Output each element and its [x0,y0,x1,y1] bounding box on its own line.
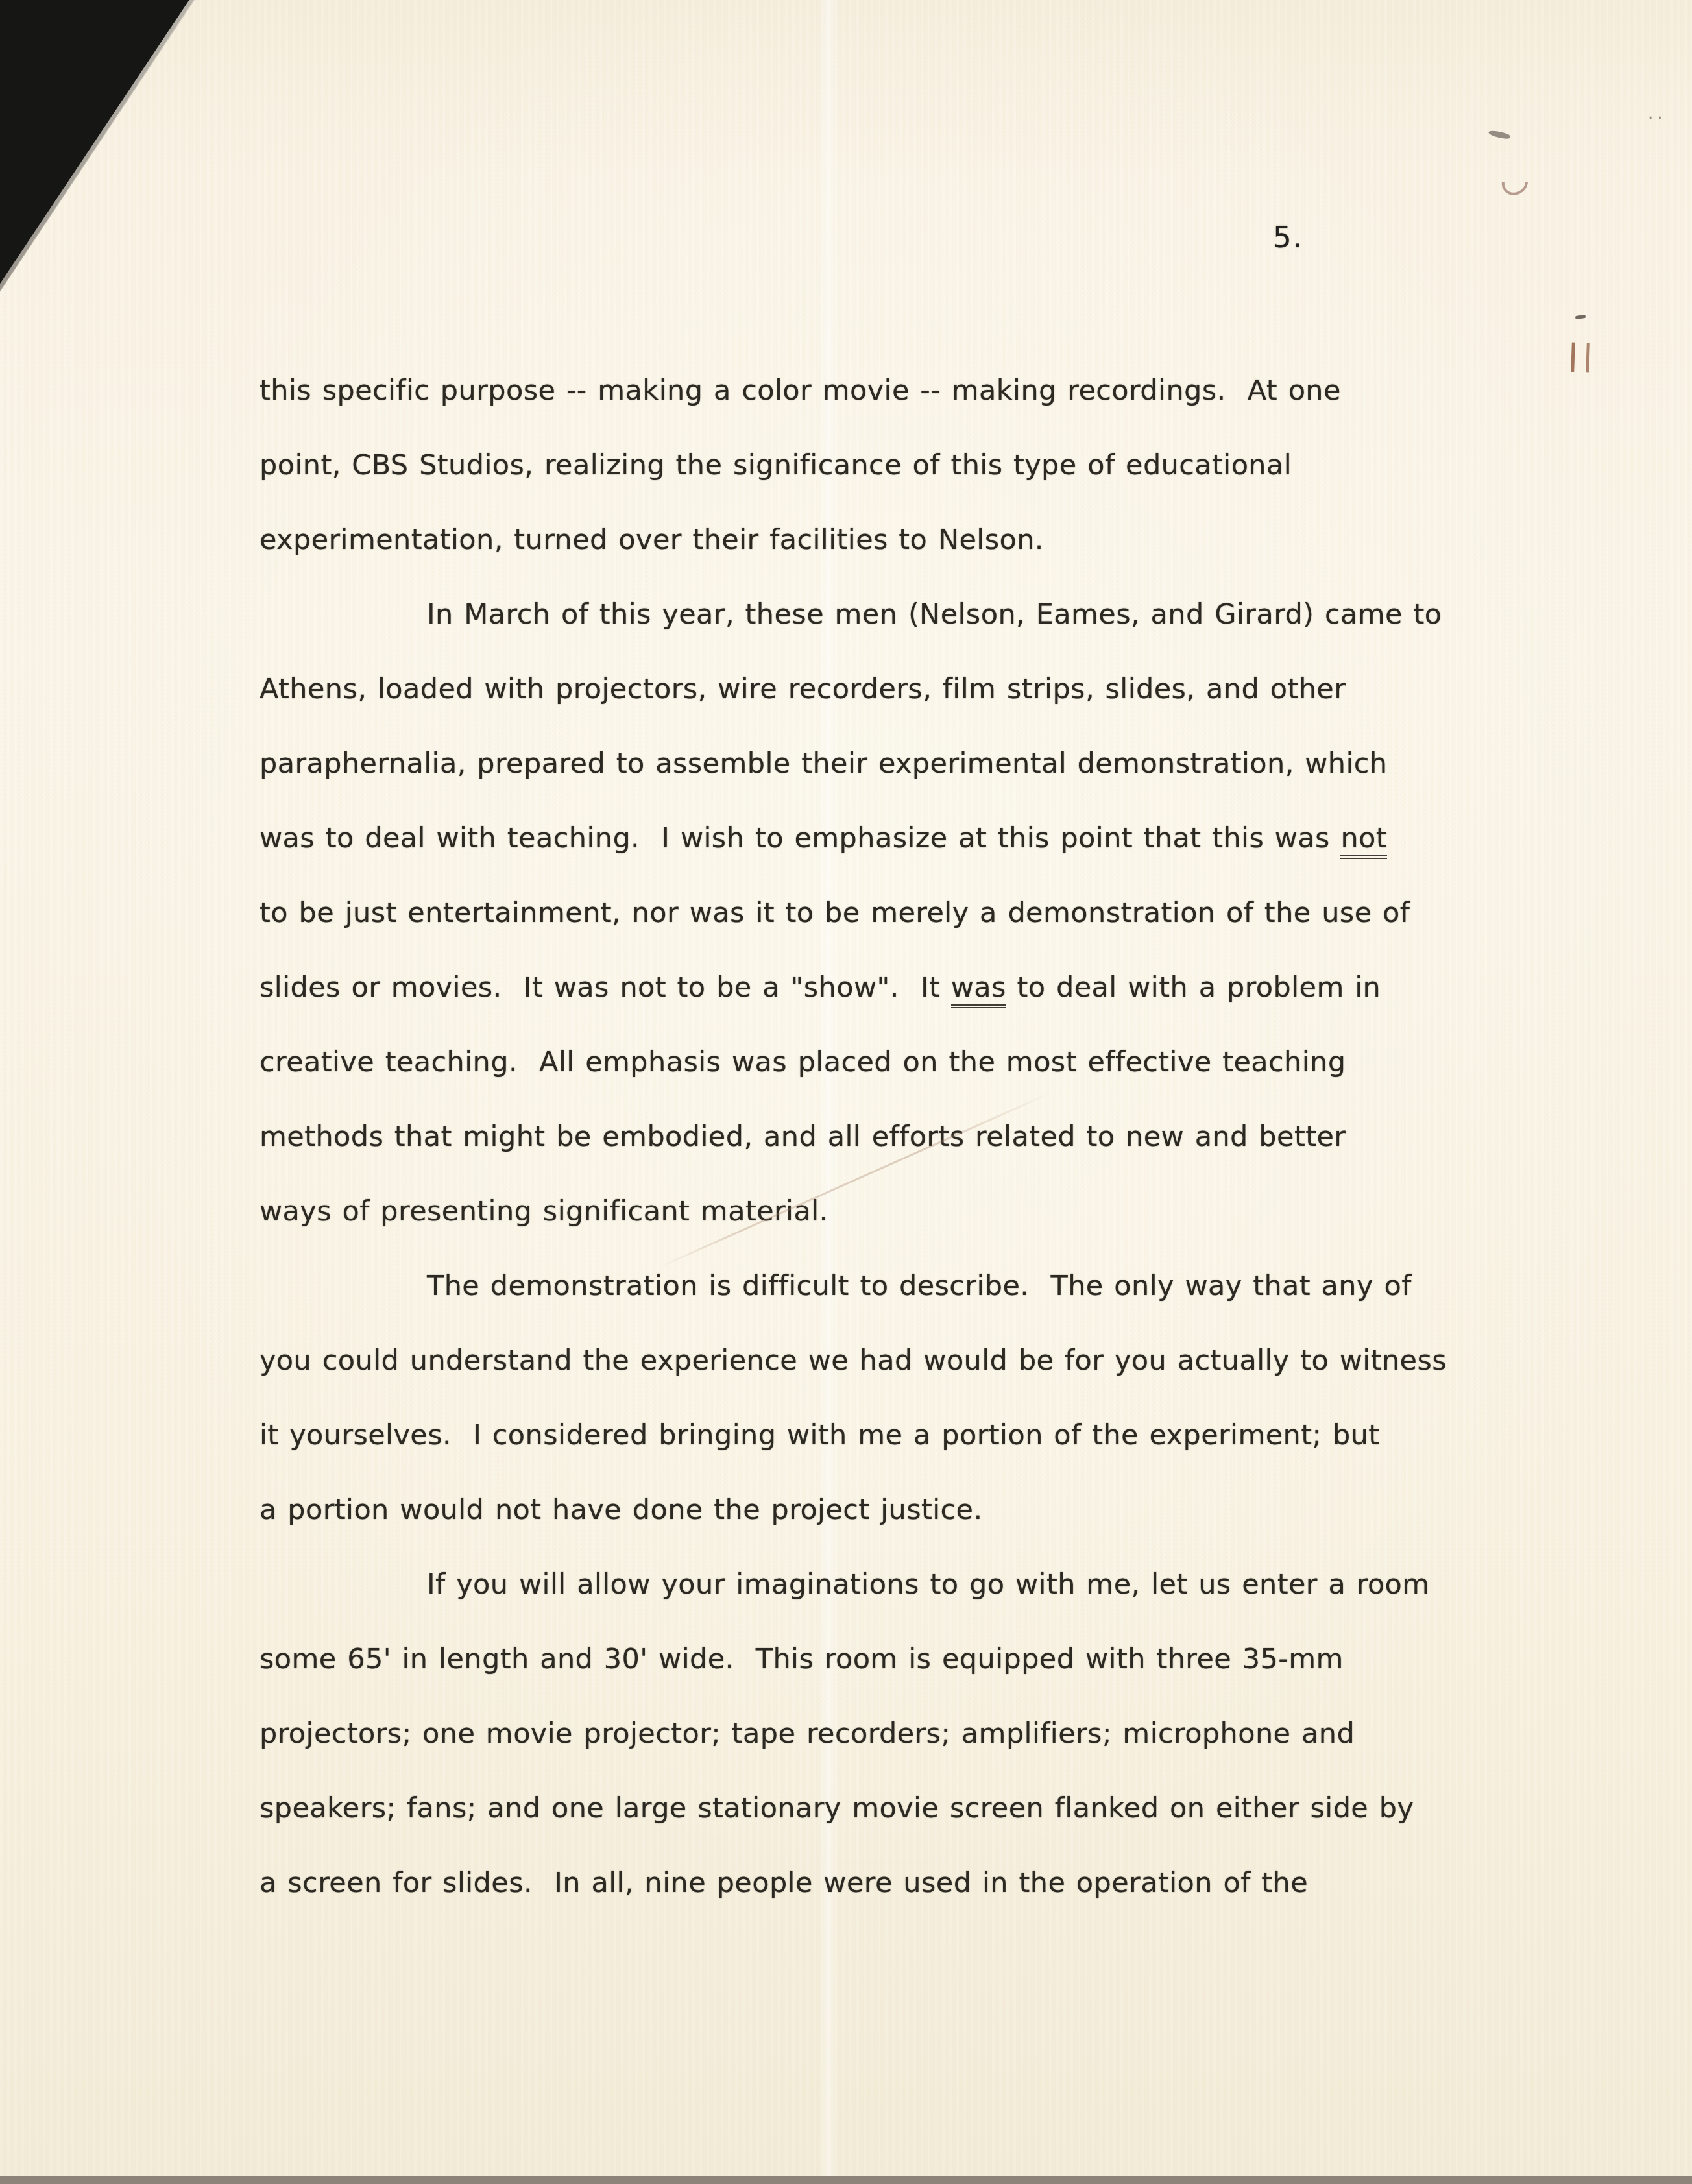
text-line: speakers; fans; and one large stationary… [260,1771,1492,1846]
line-text: The demonstration is difficult to descri… [427,1270,1412,1302]
text-line: Athens, loaded with projectors, wire rec… [260,652,1492,727]
paper-specks: .. [1648,112,1665,116]
line-text: a portion would not have done the projec… [260,1494,983,1526]
text-line: some 65' in length and 30' wide. This ro… [260,1622,1492,1697]
paper-stain-curve [1497,164,1534,200]
line-text: slides or movies. It was not to be a "sh… [260,971,951,1004]
text-line: a portion would not have done the projec… [260,1473,1492,1547]
underlined-word: was [951,971,1006,1008]
line-text: a screen for slides. In all, nine people… [260,1867,1308,1899]
text-line: ways of presenting significant material. [260,1174,1492,1249]
margin-double-bar-mark [1571,343,1590,373]
line-text: to be just entertainment, nor was it to … [260,897,1410,929]
typewritten-text-block: this specific purpose -- making a color … [260,354,1492,1921]
line-text: speakers; fans; and one large stationary… [260,1792,1414,1825]
text-line: If you will allow your imaginations to g… [260,1547,1492,1622]
line-text: methods that might be embodied, and all … [260,1121,1346,1153]
line-text: experimentation, turned over their facil… [260,524,1044,556]
line-text: it yourselves. I considered bringing wit… [260,1419,1380,1451]
text-line: to be just entertainment, nor was it to … [260,876,1492,951]
text-line: methods that might be embodied, and all … [260,1100,1492,1174]
text-line: it yourselves. I considered bringing wit… [260,1398,1492,1473]
text-line: this specific purpose -- making a color … [260,354,1492,428]
line-text: If you will allow your imaginations to g… [427,1568,1430,1601]
text-line: you could understand the experience we h… [260,1324,1492,1398]
text-line: In March of this year, these men (Nelson… [260,577,1492,652]
paper-smudge [1488,129,1510,140]
line-text: ways of presenting significant material. [260,1195,828,1228]
line-text: point, CBS Studios, realizing the signif… [260,449,1292,481]
scanned-document-page: 5. this specific purpose -- making a col… [0,0,1692,2184]
line-text: projectors; one movie projector; tape re… [260,1717,1355,1750]
text-line: creative teaching. All emphasis was plac… [260,1025,1492,1100]
line-text: was to deal with teaching. I wish to emp… [260,822,1340,855]
text-line: point, CBS Studios, realizing the signif… [260,428,1492,503]
line-text: some 65' in length and 30' wide. This ro… [260,1643,1344,1675]
text-line: slides or movies. It was not to be a "sh… [260,951,1492,1025]
text-line: a screen for slides. In all, nine people… [260,1846,1492,1921]
underlined-word: not [1340,822,1387,859]
scanner-bottom-edge [0,2176,1692,2184]
text-line: The demonstration is difficult to descri… [260,1249,1492,1324]
line-text: Athens, loaded with projectors, wire rec… [260,673,1346,705]
line-text: creative teaching. All emphasis was plac… [260,1046,1346,1078]
line-text: to deal with a problem in [1006,971,1381,1004]
paper-dash-mark [1575,315,1586,319]
page-number: 5. [1273,218,1303,257]
text-line: paraphernalia, prepared to assemble thei… [260,727,1492,801]
line-text: In March of this year, these men (Nelson… [427,598,1442,631]
text-line: projectors; one movie projector; tape re… [260,1697,1492,1771]
text-line: experimentation, turned over their facil… [260,503,1492,577]
line-text: paraphernalia, prepared to assemble thei… [260,747,1388,780]
line-text: this specific purpose -- making a color … [260,374,1341,407]
text-line: was to deal with teaching. I wish to emp… [260,801,1492,876]
line-text: you could understand the experience we h… [260,1344,1447,1377]
